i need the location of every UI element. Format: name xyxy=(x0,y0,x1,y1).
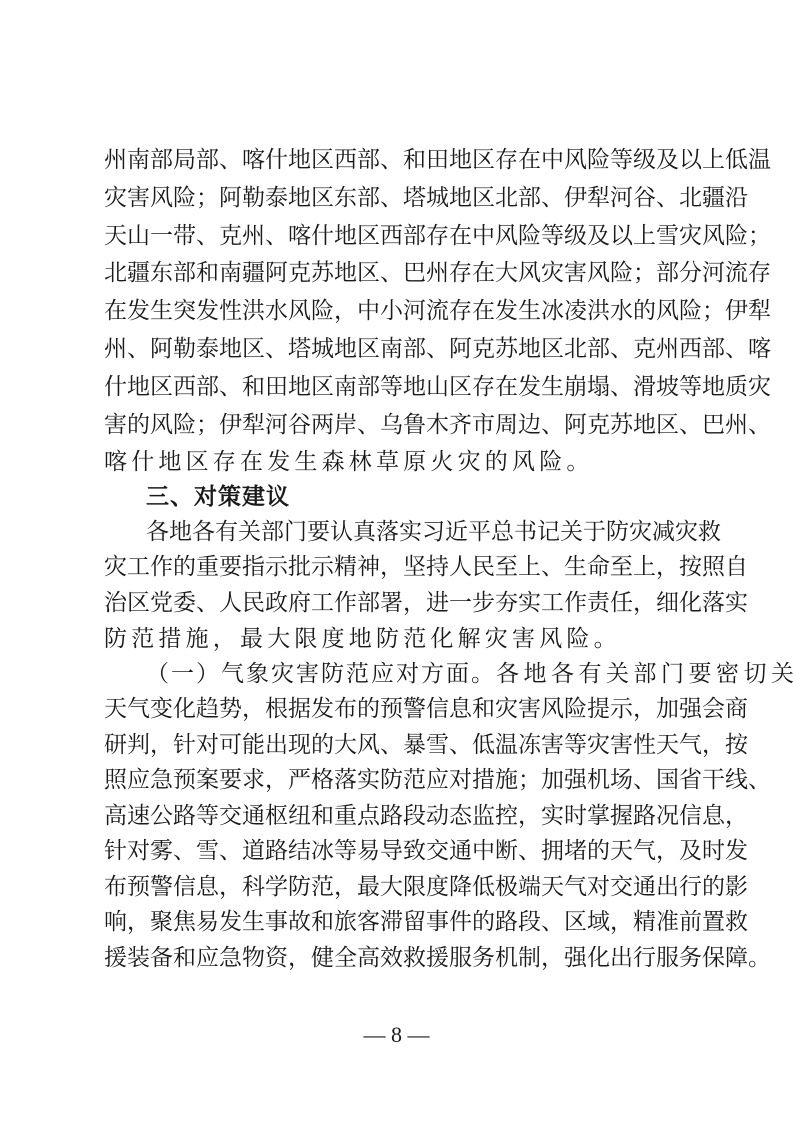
text-line: 州、阿勒泰地区、塔城地区南部、阿克苏地区北部、克州西部、喀 xyxy=(104,334,691,364)
subsection-heading: （一）气象灾害防范应对方面。 xyxy=(146,661,496,687)
text-line: 州南部局部、喀什地区西部、和田地区存在中风险等级及以上低温 xyxy=(104,145,691,175)
text-line: 针对雾、雪、道路结冰等易导致交通中断、拥堵的天气，及时发 xyxy=(104,836,691,866)
text-line: 照应急预案要求，严格落实防范应对措施；加强机场、国省干线、 xyxy=(104,765,691,795)
text-line: 研判，针对可能出现的大风、暴雪、低温冻害等灾害性天气，按 xyxy=(104,730,691,760)
document-page: 州南部局部、喀什地区西部、和田地区存在中风险等级及以上低温 灾害风险；阿勒泰地区… xyxy=(0,0,793,1122)
text-line: 灾工作的重要指示批示精神，坚持人民至上、生命至上，按照自 xyxy=(104,552,691,582)
text-line: 天气变化趋势，根据发布的预警信息和灾害风险提示，加强会商 xyxy=(104,694,691,724)
text-line: 高速公路等交通枢纽和重点路段动态监控，实时掌握路况信息， xyxy=(104,801,691,831)
text-line: 布预警信息，科学防范，最大限度降低极端天气对交通出行的影 xyxy=(104,872,691,902)
text-line: 援装备和应急物资，健全高效救援服务机制，强化出行服务保障。 xyxy=(104,943,691,973)
section-heading: 三、对策建议 xyxy=(146,482,691,512)
text-line: 治区党委、人民政府工作部署，进一步夯实工作责任，细化落实 xyxy=(104,588,691,618)
text-line: 天山一带、克州、喀什地区西部存在中风险等级及以上雪灾风险； xyxy=(104,221,691,251)
page-number: — 8 — xyxy=(0,1020,793,1050)
text-line: 防范措施，最大限度地防范化解灾害风险。 xyxy=(104,624,691,654)
text-line: 北疆东部和南疆阿克苏地区、巴州存在大风灾害风险；部分河流存 xyxy=(104,258,691,288)
text-line: 灾害风险；阿勒泰地区东部、塔城地区北部、伊犁河谷、北疆沿 xyxy=(104,183,691,213)
text-line: 在发生突发性洪水风险，中小河流存在发生冰凌洪水的风险；伊犁 xyxy=(104,296,691,326)
text-line: 什地区西部、和田地区南部等地山区存在发生崩塌、滑坡等地质灾 xyxy=(104,372,691,402)
text-line: 害的风险；伊犁河谷两岸、乌鲁木齐市周边、阿克苏地区、巴州、 xyxy=(104,410,691,440)
subsection-first-line: （一）气象灾害防范应对方面。各地各有关部门要密切关注 xyxy=(146,659,691,689)
text-line: 各地各有关部门要认真落实习近平总书记关于防灾减灾救 xyxy=(146,517,691,547)
text-line: 喀什地区存在发生森林草原火灾的风险。 xyxy=(104,447,691,477)
text-segment: 各地各有关部门要密切关注 xyxy=(496,661,793,687)
text-line: 响，聚焦易发生事故和旅客滞留事件的路段、区域，精准前置救 xyxy=(104,907,691,937)
